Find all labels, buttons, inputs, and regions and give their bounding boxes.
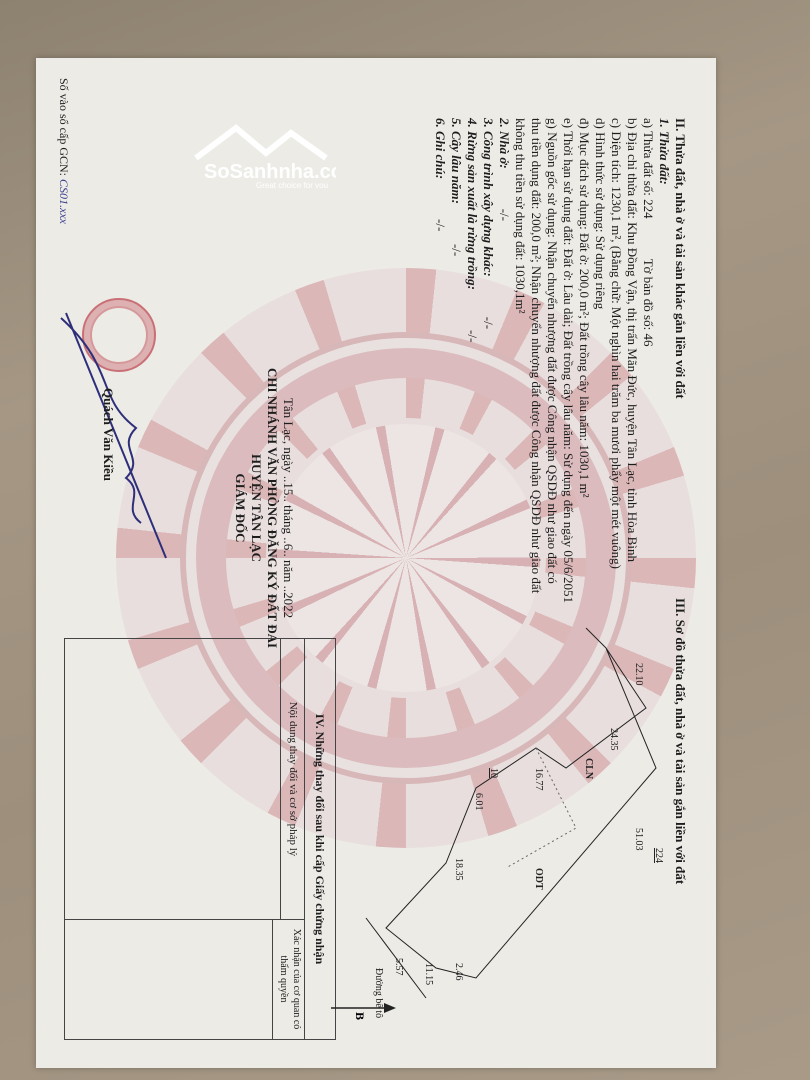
svg-text:22.10: 22.10 (633, 663, 644, 686)
north-arrow-icon: B (326, 988, 396, 1028)
item-house-value: -/- (496, 209, 512, 221)
registry-label: Số vào sổ cấp GCN: (57, 78, 71, 176)
item-notes-label: 6. Ghi chú: (432, 118, 448, 179)
section-ii-sub1: 1. Thửa đất: (656, 118, 672, 603)
issuing-office: CHI NHÁNH VĂN PHÒNG ĐĂNG KÝ ĐẤT ĐAI (264, 358, 280, 658)
item-construction-value: -/- (480, 317, 496, 329)
svg-text:5.57: 5.57 (393, 958, 404, 976)
changes-col-confirmation: Xác nhận của cơ quan có thẩm quyền (272, 919, 305, 1039)
usage-origin-3: không thu tiền sử dụng đất: 1030,1m² (512, 118, 528, 603)
svg-text:Great choice for you: Great choice for you (256, 181, 328, 188)
usage-term: e) Thời hạn sử dụng đất: Đất ở: Lâu dài;… (560, 118, 576, 603)
svg-text:18.35: 18.35 (453, 858, 464, 881)
sosanhnha-watermark: SoSanhnha.com Great choice for you (186, 118, 316, 188)
svg-text:2.46: 2.46 (453, 963, 464, 981)
svg-text:CLN: CLN (583, 758, 594, 780)
signature-scribble (56, 308, 176, 568)
parcel-row: a) Thửa đất số: 224 Tờ bản đồ số: 46 (640, 118, 656, 603)
svg-text:16.77: 16.77 (533, 768, 544, 791)
house-logo-icon: SoSanhnha.com Great choice for you (186, 118, 336, 188)
parcel-area: c) Diện tích: 1230,1 m², (Bằng chữ: Một … (608, 118, 624, 603)
north-arrow: B (321, 988, 396, 1028)
usage-form: d) Hình thức sử dụng: Sử dụng riêng (592, 118, 608, 603)
svg-text:51.03: 51.03 (633, 828, 644, 851)
map-sheet-number: Tờ bản đồ số: 46 (640, 259, 656, 347)
place-date: Tân Lạc, ngày ..15.. tháng ..6.. năm ..2… (280, 358, 296, 658)
parcel-diagram: 22.10 24.35 16.77 6.01 18.35 2.46 11.15 … (346, 618, 676, 1018)
item-perennial: 5. Cây lâu năm:-/- (448, 118, 464, 603)
signer-name: Quách Văn Kiều (100, 388, 116, 481)
usage-origin-2: thu tiền dụng đất: 200,0 m²; Nhận chuyển… (528, 118, 544, 603)
svg-text:ODT: ODT (533, 868, 544, 890)
item-perennial-label: 5. Cây lâu năm: (448, 118, 464, 204)
item-perennial-value: -/- (448, 244, 464, 256)
registry-value: CS01.xxx (57, 179, 71, 224)
item-forest-value: -/- (464, 330, 480, 342)
certificate-page: II. Thửa đất, nhà ở và tài sản khác gắn … (36, 58, 716, 1068)
item-construction-label: 3. Công trình xây dựng khác: (480, 118, 496, 277)
item-house-label: 2. Nhà ở: (496, 118, 512, 169)
svg-text:SoSanhnha.com: SoSanhnha.com (204, 161, 336, 183)
issuing-district: HUYỆN TÂN LẠC (248, 358, 264, 658)
parcel-address: b) Địa chỉ thửa đất: Khu Đồng Vận, thị t… (624, 118, 640, 603)
changes-col-content: Nội dung thay đổi và cơ sở pháp lý (280, 639, 305, 920)
registry-number: Số vào sổ cấp GCN: CS01.xxx (56, 78, 71, 224)
svg-text:11.15: 11.15 (423, 963, 434, 985)
item-house: 2. Nhà ở:-/- (496, 118, 512, 603)
svg-text:10: 10 (488, 768, 499, 778)
item-forest: 4. Rừng sản xuất là rừng trồng:-/- (464, 118, 480, 603)
svg-text:B: B (353, 1012, 367, 1020)
section-ii: II. Thửa đất, nhà ở và tài sản khác gắn … (432, 118, 688, 603)
parcel-number: a) Thửa đất số: 224 (640, 118, 656, 219)
certificate-sheet: II. Thửa đất, nhà ở và tài sản khác gắn … (36, 58, 716, 1068)
svg-text:224: 224 (653, 848, 664, 863)
svg-text:6.01: 6.01 (473, 793, 484, 811)
changes-table-divider (65, 919, 281, 920)
usage-origin-1: g) Nguồn gốc sử dụng: Nhận chuyển nhượng… (544, 118, 560, 603)
item-forest-label: 4. Rừng sản xuất là rừng trồng: (464, 118, 480, 290)
signature-block: Tân Lạc, ngày ..15.. tháng ..6.. năm ..2… (232, 358, 296, 658)
item-notes-value: -/- (432, 219, 448, 231)
signer-role: GIÁM ĐỐC (232, 358, 248, 658)
item-construction: 3. Công trình xây dựng khác:-/- (480, 118, 496, 603)
usage-purpose: đ) Mục đích sử dụng: Đất ở: 200,0 m²; Đấ… (576, 118, 592, 603)
changes-table-title: IV. Những thay đổi sau khi cấp Giấy chứn… (304, 639, 335, 1039)
svg-text:24.35: 24.35 (608, 728, 619, 751)
item-notes: 6. Ghi chú:-/- (432, 118, 448, 603)
changes-table: IV. Những thay đổi sau khi cấp Giấy chứn… (64, 638, 336, 1040)
section-ii-title: II. Thửa đất, nhà ở và tài sản khác gắn … (672, 118, 688, 603)
